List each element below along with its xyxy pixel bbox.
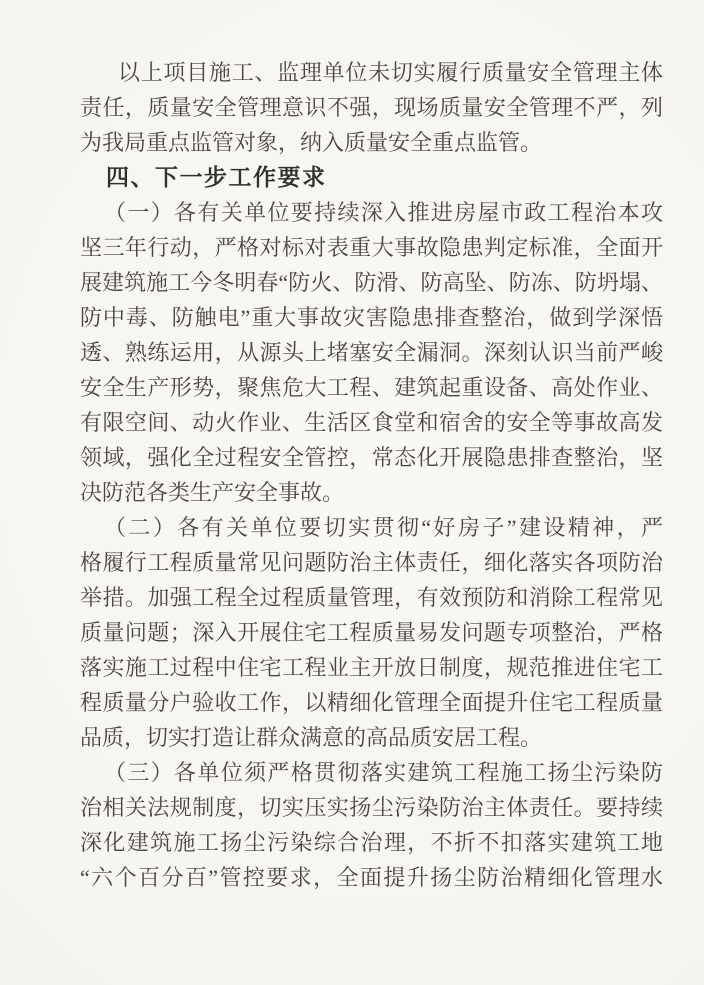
text-line: （三）各单位须严格贯彻落实建筑工程施工扬尘污染防 [80,755,663,790]
text-line: 透、熟练运用，从源头上堵塞安全漏洞。深刻认识当前严峻 [80,335,663,370]
text-line: 深化建筑施工扬尘污染综合治理，不折不扣落实建筑工地 [80,825,663,860]
text-line: 举措。加强工程全过程质量管理，有效预防和消除工程常见 [80,580,663,615]
text-line: 质量问题；深入开展住宅工程质量易发问题专项整治，严格 [80,615,663,650]
text-line: 品质，切实打造让群众满意的高品质安居工程。 [80,720,663,755]
text-line: 格履行工程质量常见问题防治主体责任，细化落实各项防治 [80,545,663,580]
text-line: 责任，质量安全管理意识不强，现场质量安全管理不严，列 [80,90,663,125]
text-line: 落实施工过程中住宅工程业主开放日制度，规范推进住宅工 [80,650,663,685]
text-line: 以上项目施工、监理单位未切实履行质量安全管理主体 [80,55,663,90]
text-line: “六个百分百”管控要求，全面提升扬尘防治精细化管理水 [80,860,663,895]
text-line: 展建筑施工今冬明春“防火、防滑、防高坠、防冻、防坍塌、 [80,265,663,300]
text-line: 领域，强化全过程安全管控，常态化开展隐患排查整治，坚 [80,440,663,475]
text-line: 为我局重点监管对象，纳入质量安全重点监管。 [80,125,663,160]
text-line: 决防范各类生产安全事故。 [80,475,663,510]
section-heading-text: 四、下一步工作要求 [80,160,663,195]
text-line: 防中毒、防触电”重大事故灾害隐患排查整治，做到学深悟 [80,300,663,335]
text-line: （一）各有关单位要持续深入推进房屋市政工程治本攻 [80,195,663,230]
text-line: 坚三年行动，严格对标对表重大事故隐患判定标准，全面开 [80,230,663,265]
intro-paragraph: 以上项目施工、监理单位未切实履行质量安全管理主体 责任，质量安全管理意识不强，现… [80,55,663,160]
text-line: 程质量分户验收工作，以精细化管理全面提升住宅工程质量 [80,685,663,720]
scanned-document-page: 以上项目施工、监理单位未切实履行质量安全管理主体 责任，质量安全管理意识不强，现… [0,0,704,985]
section-heading: 四、下一步工作要求 [80,160,663,195]
text-line: 治相关法规制度，切实压实扬尘污染防治主体责任。要持续 [80,790,663,825]
text-line: 安全生产形势，聚焦危大工程、建筑起重设备、高处作业、 [80,370,663,405]
text-line: 有限空间、动火作业、生活区食堂和宿舍的安全等事故高发 [80,405,663,440]
item-three-paragraph: （三）各单位须严格贯彻落实建筑工程施工扬尘污染防 治相关法规制度，切实压实扬尘污… [80,755,663,895]
item-one-paragraph: （一）各有关单位要持续深入推进房屋市政工程治本攻 坚三年行动，严格对标对表重大事… [80,195,663,510]
text-line: （二）各有关单位要切实贯彻“好房子”建设精神，严 [80,510,663,545]
document-text-block: 以上项目施工、监理单位未切实履行质量安全管理主体 责任，质量安全管理意识不强，现… [80,55,663,895]
item-two-paragraph: （二）各有关单位要切实贯彻“好房子”建设精神，严 格履行工程质量常见问题防治主体… [80,510,663,755]
